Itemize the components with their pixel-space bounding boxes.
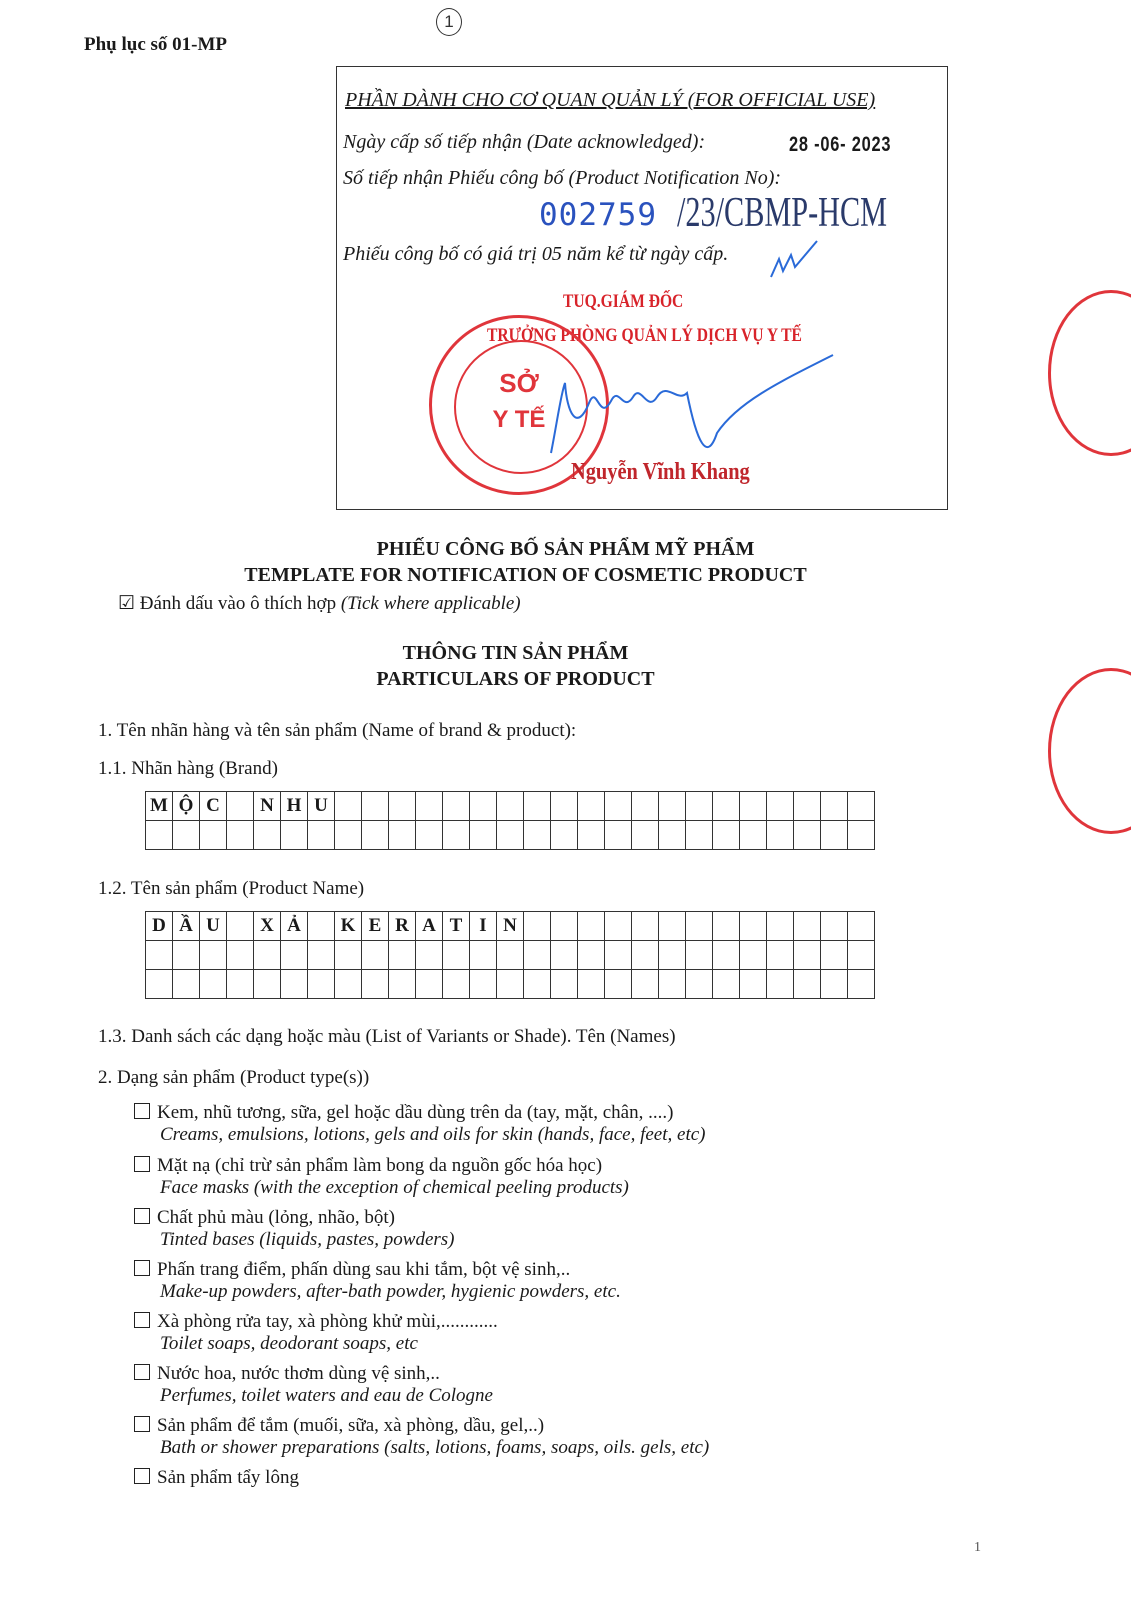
product-type-option[interactable]: Nước hoa, nước thơm dùng vệ sinh,..Perfu… — [134, 1363, 493, 1407]
brand-grid-cell[interactable] — [821, 792, 848, 821]
product-grid-cell[interactable] — [308, 912, 335, 941]
product-grid-cell[interactable]: D — [146, 912, 173, 941]
brand-grid-cell[interactable] — [605, 821, 632, 850]
brand-grid-cell[interactable]: N — [254, 792, 281, 821]
brand-grid-row: MỘCNHU — [146, 792, 875, 821]
product-grid-cell[interactable] — [335, 941, 362, 970]
date-acknowledged-value: 28 -06- 2023 — [789, 133, 891, 157]
product-grid-row — [146, 970, 875, 999]
product-name-grid: DẦUXẢKERATIN — [145, 911, 875, 999]
product-type-option[interactable]: Chất phủ màu (lỏng, nhão, bột)Tinted bas… — [134, 1207, 455, 1251]
product-type-option[interactable]: Xà phòng rửa tay, xà phòng khử mùi,.....… — [134, 1311, 498, 1355]
notification-no-suffix: /23/CBMP-HCM — [677, 189, 887, 237]
product-grid-cell[interactable] — [524, 941, 551, 970]
product-grid-cell[interactable] — [605, 912, 632, 941]
brand-grid-cell[interactable] — [686, 792, 713, 821]
product-grid-cell[interactable] — [362, 970, 389, 999]
product-grid-cell[interactable] — [281, 941, 308, 970]
brand-grid-cell[interactable] — [335, 821, 362, 850]
product-type-option[interactable]: Kem, nhũ tương, sữa, gel hoặc dầu dùng t… — [134, 1102, 706, 1146]
brand-grid-cell[interactable] — [308, 821, 335, 850]
product-grid-cell[interactable] — [254, 941, 281, 970]
brand-grid-cell[interactable] — [416, 792, 443, 821]
product-grid-cell[interactable] — [200, 970, 227, 999]
brand-grid-cell[interactable] — [524, 792, 551, 821]
product-grid-cell[interactable] — [740, 970, 767, 999]
product-grid-cell[interactable] — [146, 970, 173, 999]
product-grid-cell[interactable] — [578, 970, 605, 999]
product-grid-cell[interactable] — [848, 970, 875, 999]
brand-grid-cell[interactable] — [713, 792, 740, 821]
brand-grid-cell[interactable]: U — [308, 792, 335, 821]
product-type-vi: Kem, nhũ tương, sữa, gel hoặc dầu dùng t… — [157, 1102, 673, 1123]
product-type-en: Tinted bases (liquids, pastes, powders) — [134, 1229, 455, 1251]
brand-grid-cell[interactable] — [821, 821, 848, 850]
checked-box-icon: ☑ — [118, 593, 135, 614]
brand-grid-cell[interactable] — [767, 821, 794, 850]
date-acknowledged-label: Ngày cấp số tiếp nhận (Date acknowledged… — [343, 131, 705, 154]
product-grid-cell[interactable] — [173, 941, 200, 970]
product-grid-cell[interactable] — [767, 941, 794, 970]
product-grid-cell[interactable] — [335, 970, 362, 999]
question-1-3-label: 1.3. Danh sách các dạng hoặc màu (List o… — [98, 1026, 676, 1048]
product-type-option[interactable]: Mặt nạ (chỉ trừ sản phẩm làm bong da ngu… — [134, 1155, 629, 1199]
official-use-title: PHẦN DÀNH CHO CƠ QUAN QUẢN LÝ (FOR OFFIC… — [345, 89, 875, 112]
partial-stamp-top — [1048, 290, 1131, 456]
product-grid-cell[interactable] — [713, 941, 740, 970]
product-type-en: Bath or shower preparations (salts, loti… — [134, 1437, 709, 1459]
product-grid-cell[interactable] — [794, 912, 821, 941]
brand-grid-cell[interactable] — [551, 792, 578, 821]
brand-grid-cell[interactable] — [362, 821, 389, 850]
brand-grid-cell[interactable] — [659, 821, 686, 850]
brand-grid-cell[interactable] — [200, 821, 227, 850]
brand-grid-cell[interactable] — [362, 792, 389, 821]
initial-signature-icon — [767, 237, 827, 287]
product-grid-cell[interactable] — [551, 970, 578, 999]
brand-grid-cell[interactable] — [848, 792, 875, 821]
product-grid-cell[interactable] — [659, 970, 686, 999]
brand-grid-cell[interactable] — [794, 821, 821, 850]
product-grid-cell[interactable] — [443, 941, 470, 970]
product-grid-cell[interactable] — [821, 970, 848, 999]
product-grid-cell[interactable] — [767, 912, 794, 941]
signer-name: Nguyễn Vĩnh Khang — [571, 459, 750, 486]
brand-grid: MỘCNHU — [145, 791, 875, 850]
product-grid-cell[interactable] — [605, 970, 632, 999]
product-grid-cell[interactable] — [416, 970, 443, 999]
product-grid-cell[interactable] — [146, 941, 173, 970]
page-number: 1 — [974, 1540, 981, 1556]
product-grid-cell[interactable] — [524, 912, 551, 941]
product-type-en: Toilet soaps, deodorant soaps, etc — [134, 1333, 498, 1355]
validity-note: Phiếu công bố có giá trị 05 năm kể từ ng… — [343, 243, 728, 266]
checkbox-icon[interactable] — [134, 1312, 150, 1328]
product-grid-row: DẦUXẢKERATIN — [146, 912, 875, 941]
brand-grid-cell[interactable] — [470, 821, 497, 850]
product-grid-cell[interactable] — [794, 941, 821, 970]
product-grid-cell[interactable] — [740, 912, 767, 941]
brand-grid-cell[interactable] — [335, 792, 362, 821]
product-grid-cell[interactable] — [497, 941, 524, 970]
product-grid-row — [146, 941, 875, 970]
brand-grid-cell[interactable] — [443, 821, 470, 850]
brand-grid-cell[interactable] — [740, 792, 767, 821]
brand-grid-cell[interactable] — [632, 821, 659, 850]
form-title-vi: PHIẾU CÔNG BỐ SẢN PHẨM MỸ PHẨM — [0, 538, 1131, 561]
brand-grid-cell[interactable] — [767, 792, 794, 821]
question-1-label: 1. Tên nhãn hàng và tên sản phẩm (Name o… — [98, 720, 576, 742]
brand-grid-cell[interactable] — [389, 792, 416, 821]
product-grid-cell[interactable] — [308, 941, 335, 970]
product-grid-cell[interactable] — [362, 941, 389, 970]
product-grid-cell[interactable] — [821, 941, 848, 970]
product-grid-cell[interactable] — [254, 970, 281, 999]
product-type-option[interactable]: Sản phẩm tẩy lông — [134, 1467, 299, 1489]
product-grid-cell[interactable]: T — [443, 912, 470, 941]
checkbox-icon[interactable] — [134, 1364, 150, 1380]
product-grid-cell[interactable] — [200, 941, 227, 970]
product-grid-cell[interactable] — [389, 941, 416, 970]
appendix-label: Phụ lục số 01-MP — [84, 34, 227, 56]
brand-grid-cell[interactable]: M — [146, 792, 173, 821]
product-grid-cell[interactable] — [227, 941, 254, 970]
product-grid-cell[interactable] — [632, 941, 659, 970]
official-use-box: PHẦN DÀNH CHO CƠ QUAN QUẢN LÝ (FOR OFFIC… — [336, 66, 948, 510]
product-grid-cell[interactable] — [389, 970, 416, 999]
product-type-en: Creams, emulsions, lotions, gels and oil… — [134, 1124, 706, 1146]
question-1-1-label: 1.1. Nhãn hàng (Brand) — [98, 758, 278, 780]
brand-grid-cell[interactable] — [281, 821, 308, 850]
product-type-option[interactable]: Sản phẩm để tắm (muối, sữa, xà phòng, dầ… — [134, 1415, 709, 1459]
form-title-en: TEMPLATE FOR NOTIFICATION OF COSMETIC PR… — [0, 564, 1091, 587]
product-grid-cell[interactable] — [470, 941, 497, 970]
product-grid-cell[interactable]: A — [416, 912, 443, 941]
product-type-vi: Phấn trang điểm, phấn dùng sau khi tắm, … — [157, 1259, 570, 1280]
product-grid-cell[interactable] — [551, 912, 578, 941]
brand-grid-cell[interactable] — [578, 792, 605, 821]
question-2-label: 2. Dạng sản phẩm (Product type(s)) — [98, 1067, 369, 1089]
product-type-vi: Xà phòng rửa tay, xà phòng khử mùi,.....… — [157, 1311, 498, 1332]
brand-grid-cell[interactable] — [416, 821, 443, 850]
brand-grid-cell[interactable]: C — [200, 792, 227, 821]
product-grid-cell[interactable] — [605, 941, 632, 970]
product-grid-cell[interactable] — [551, 941, 578, 970]
product-grid-cell[interactable] — [497, 970, 524, 999]
product-grid-cell[interactable] — [713, 970, 740, 999]
product-grid-cell[interactable] — [281, 970, 308, 999]
director-signature-icon — [537, 353, 837, 463]
product-grid-cell[interactable]: Ả — [281, 912, 308, 941]
brand-grid-cell[interactable] — [389, 821, 416, 850]
checkbox-icon[interactable] — [134, 1468, 150, 1484]
product-grid-cell[interactable] — [767, 970, 794, 999]
checkbox-icon[interactable] — [134, 1208, 150, 1224]
checkbox-icon[interactable] — [134, 1156, 150, 1172]
brand-grid-cell[interactable] — [551, 821, 578, 850]
question-1-2-label: 1.2. Tên sản phẩm (Product Name) — [98, 878, 364, 900]
partial-stamp-bottom — [1048, 668, 1131, 834]
notification-no-label: Số tiếp nhận Phiếu công bố (Product Noti… — [343, 167, 781, 190]
product-type-en: Perfumes, toilet waters and eau de Colog… — [134, 1385, 493, 1407]
tick-note: ☑ Đánh dấu vào ô thích hợp (Tick where a… — [118, 592, 521, 615]
product-grid-cell[interactable] — [632, 970, 659, 999]
brand-grid-cell[interactable] — [632, 792, 659, 821]
brand-grid-cell[interactable] — [794, 792, 821, 821]
brand-grid-cell[interactable] — [227, 821, 254, 850]
product-grid-cell[interactable] — [443, 970, 470, 999]
product-type-en: Make-up powders, after-bath powder, hygi… — [134, 1281, 621, 1303]
brand-grid-cell[interactable] — [578, 821, 605, 850]
product-grid-cell[interactable] — [848, 941, 875, 970]
brand-grid-cell[interactable] — [146, 821, 173, 850]
product-grid-cell[interactable]: N — [497, 912, 524, 941]
brand-grid-cell[interactable] — [497, 821, 524, 850]
product-grid-cell[interactable] — [227, 912, 254, 941]
brand-grid-cell[interactable] — [254, 821, 281, 850]
product-grid-cell[interactable] — [848, 912, 875, 941]
product-grid-cell[interactable] — [821, 912, 848, 941]
product-grid-cell[interactable] — [794, 970, 821, 999]
brand-grid-cell[interactable] — [713, 821, 740, 850]
brand-grid-cell[interactable] — [848, 821, 875, 850]
product-type-vi: Sản phẩm để tắm (muối, sữa, xà phòng, dầ… — [157, 1415, 544, 1436]
product-grid-cell[interactable] — [686, 970, 713, 999]
checkbox-icon[interactable] — [134, 1103, 150, 1119]
brand-grid-cell[interactable]: Ộ — [173, 792, 200, 821]
product-grid-cell[interactable]: E — [362, 912, 389, 941]
product-grid-cell[interactable]: Ầ — [173, 912, 200, 941]
product-grid-cell[interactable]: U — [200, 912, 227, 941]
section-title-en: PARTICULARS OF PRODUCT — [0, 668, 1081, 691]
notification-no-number: 002759 — [539, 197, 657, 233]
product-grid-cell[interactable] — [686, 912, 713, 941]
product-type-vi: Chất phủ màu (lỏng, nhão, bột) — [157, 1207, 395, 1228]
brand-grid-cell[interactable] — [659, 792, 686, 821]
tick-note-vi: Đánh dấu vào ô thích hợp — [140, 593, 336, 614]
brand-grid-cell[interactable] — [740, 821, 767, 850]
product-grid-cell[interactable] — [578, 912, 605, 941]
product-grid-cell[interactable] — [713, 912, 740, 941]
brand-grid-cell[interactable] — [524, 821, 551, 850]
product-grid-cell[interactable] — [227, 970, 254, 999]
product-type-vi: Mặt nạ (chỉ trừ sản phẩm làm bong da ngu… — [157, 1155, 602, 1176]
product-grid-cell[interactable] — [659, 912, 686, 941]
brand-grid-cell[interactable] — [686, 821, 713, 850]
product-grid-cell[interactable] — [524, 970, 551, 999]
product-grid-cell[interactable]: K — [335, 912, 362, 941]
product-grid-cell[interactable]: X — [254, 912, 281, 941]
product-grid-cell[interactable]: R — [389, 912, 416, 941]
brand-grid-cell[interactable] — [227, 792, 254, 821]
product-grid-cell[interactable] — [632, 912, 659, 941]
tick-note-en: (Tick where applicable) — [341, 593, 521, 614]
product-grid-cell[interactable] — [308, 970, 335, 999]
product-grid-cell[interactable] — [470, 970, 497, 999]
handwritten-page-mark: 1 — [436, 8, 462, 36]
product-type-option[interactable]: Phấn trang điểm, phấn dùng sau khi tắm, … — [134, 1259, 621, 1303]
checkbox-icon[interactable] — [134, 1260, 150, 1276]
product-grid-cell[interactable] — [740, 941, 767, 970]
checkbox-icon[interactable] — [134, 1416, 150, 1432]
brand-grid-cell[interactable] — [443, 792, 470, 821]
product-grid-cell[interactable] — [173, 970, 200, 999]
brand-grid-cell[interactable] — [605, 792, 632, 821]
brand-grid-cell[interactable]: H — [281, 792, 308, 821]
brand-grid-row — [146, 821, 875, 850]
product-type-vi: Nước hoa, nước thơm dùng vệ sinh,.. — [157, 1363, 440, 1384]
product-grid-cell[interactable]: I — [470, 912, 497, 941]
product-grid-cell[interactable] — [659, 941, 686, 970]
product-grid-cell[interactable] — [686, 941, 713, 970]
section-title-vi: THÔNG TIN SẢN PHẨM — [0, 642, 1081, 665]
signature-title-1: TUQ.GIÁM ĐỐC — [563, 291, 683, 313]
product-type-vi: Sản phẩm tẩy lông — [157, 1467, 299, 1488]
product-grid-cell[interactable] — [416, 941, 443, 970]
product-grid-cell[interactable] — [578, 941, 605, 970]
product-type-en: Face masks (with the exception of chemic… — [134, 1177, 629, 1199]
brand-grid-cell[interactable] — [497, 792, 524, 821]
brand-grid-cell[interactable] — [470, 792, 497, 821]
brand-grid-cell[interactable] — [173, 821, 200, 850]
